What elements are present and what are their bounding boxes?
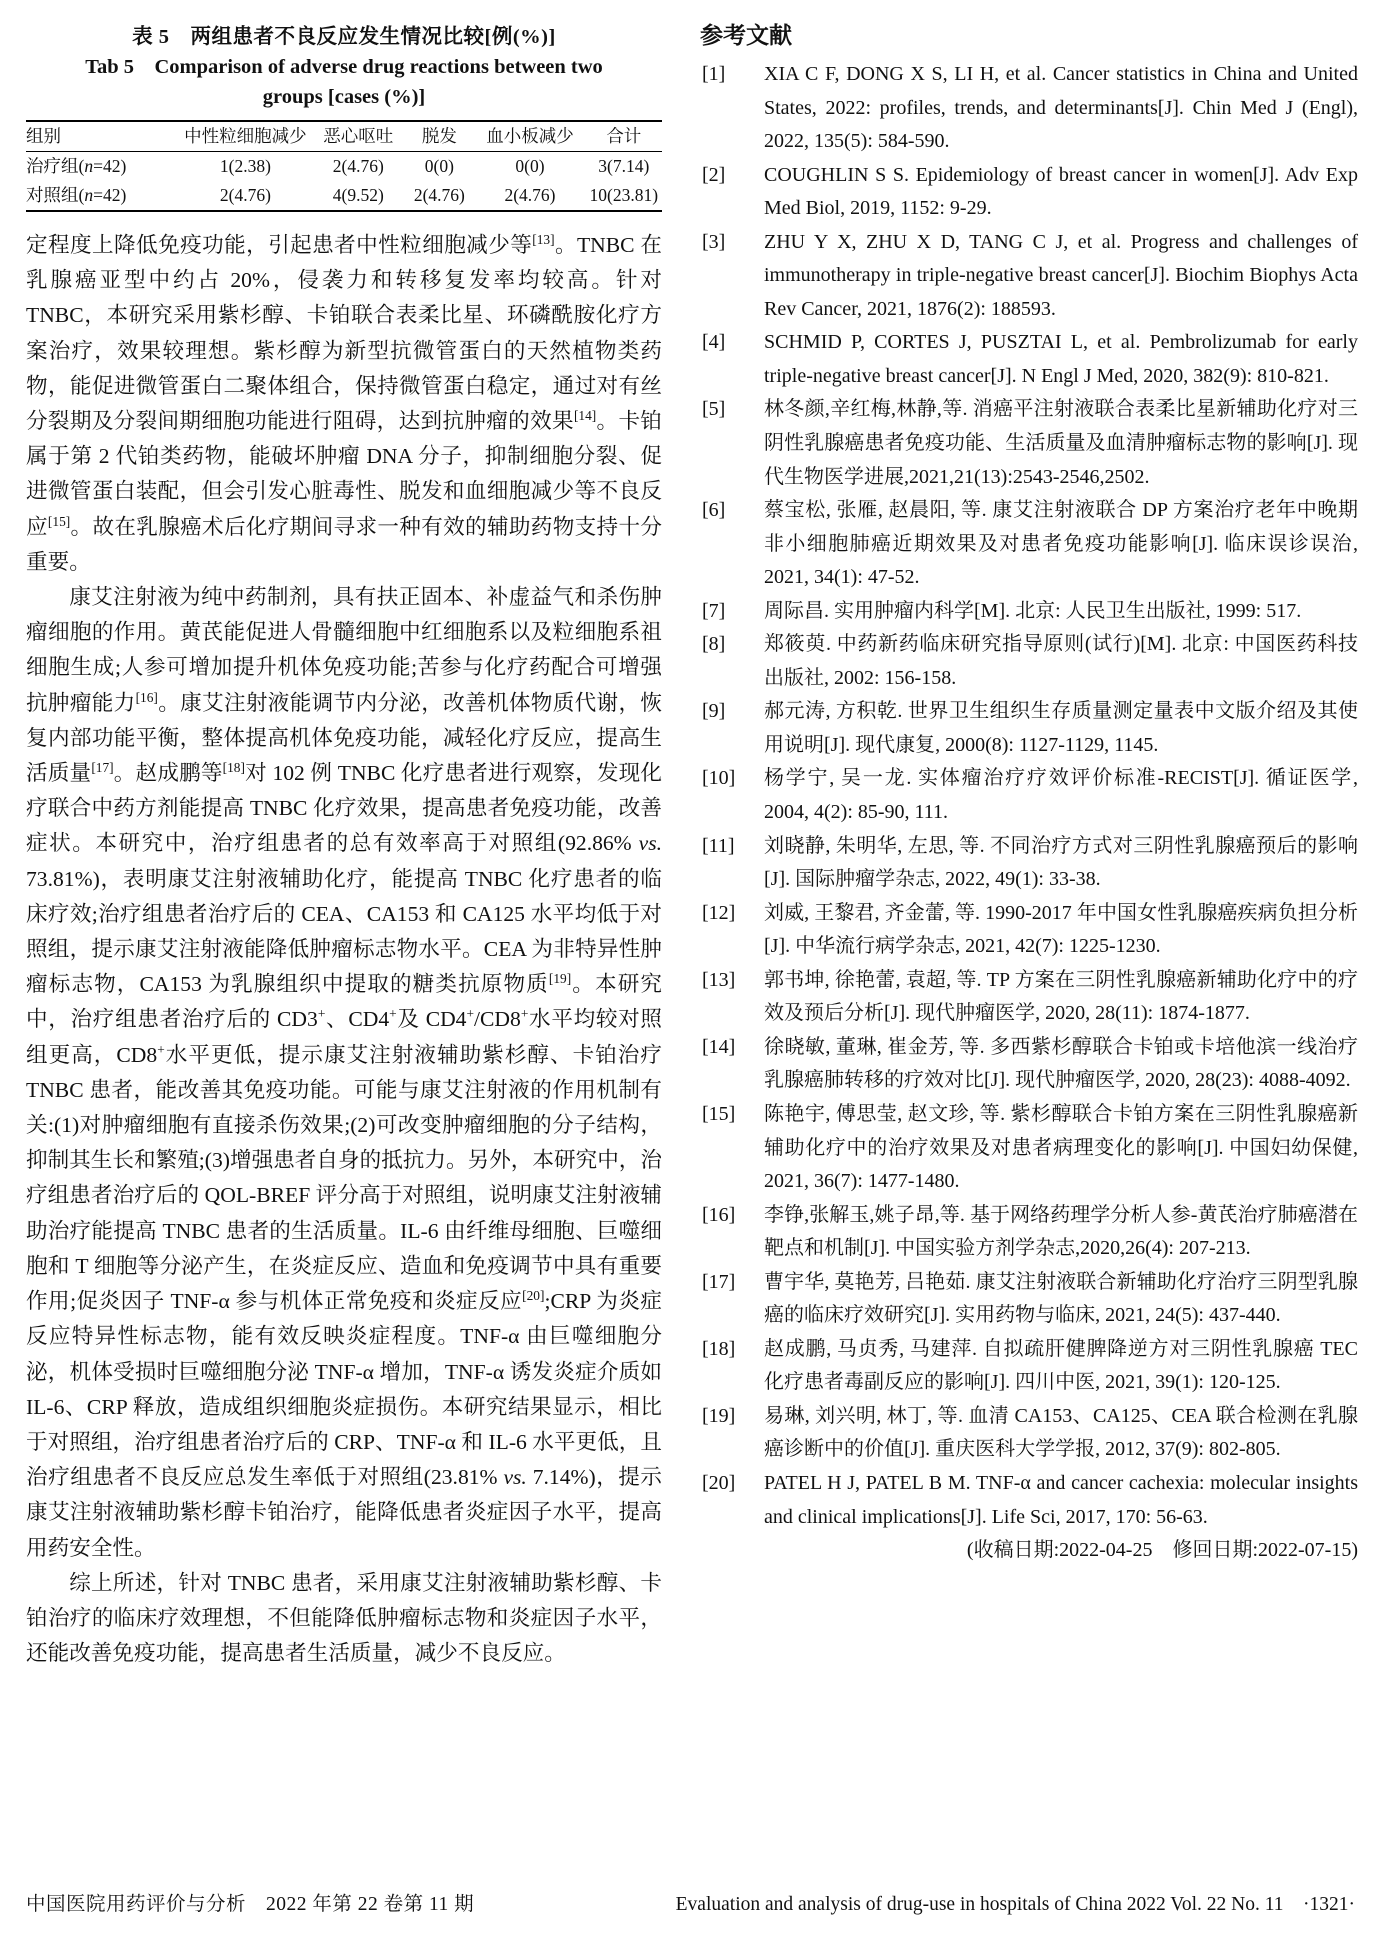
footer-journal-zh: 中国医院用药评价与分析 2022 年第 22 卷第 11 期 bbox=[26, 1888, 474, 1916]
reference-text: 易琳, 刘兴明, 林丁, 等. 血清 CA153、CA125、CEA 联合检测在… bbox=[764, 1405, 1358, 1461]
table-cell-value: 2(4.76) bbox=[474, 181, 585, 211]
table-cell-value: 2(4.76) bbox=[179, 181, 313, 211]
table5-column-header: 血小板减少 bbox=[474, 121, 585, 152]
table-cell-value: 1(2.38) bbox=[179, 152, 313, 182]
reference-number: [17] bbox=[702, 1266, 735, 1300]
table-row: 治疗组(n=42)1(2.38)2(4.76)0(0)0(0)3(7.14) bbox=[26, 152, 662, 182]
reference-number: [19] bbox=[702, 1400, 735, 1434]
reference-item: [1]XIA C F, DONG X S, LI H, et al. Cance… bbox=[700, 58, 1358, 159]
reference-text: 陈艳宇, 傅思莹, 赵文珍, 等. 紫杉醇联合卡铂方案在三阴性乳腺癌新辅助化疗中… bbox=[764, 1103, 1358, 1192]
table5-caption-en-line1: Tab 5 Comparison of adverse drug reactio… bbox=[26, 52, 662, 82]
reference-text: 郭书坤, 徐艳蕾, 袁超, 等. TP 方案在三阴性乳腺癌新辅助化疗中的疗效及预… bbox=[764, 969, 1358, 1025]
reference-number: [8] bbox=[702, 628, 725, 662]
left-column: 表 5 两组患者不良反应发生情况比较[例(%)] Tab 5 Compariso… bbox=[26, 22, 662, 1671]
reference-item: [9]郝元涛, 方积乾. 世界卫生组织生存质量测定量表中文版介绍及其使用说明[J… bbox=[700, 695, 1358, 762]
reference-item: [13]郭书坤, 徐艳蕾, 袁超, 等. TP 方案在三阴性乳腺癌新辅助化疗中的… bbox=[700, 964, 1358, 1031]
reference-number: [9] bbox=[702, 695, 725, 729]
paper-page: 表 5 两组患者不良反应发生情况比较[例(%)] Tab 5 Compariso… bbox=[0, 0, 1375, 1940]
reference-text: 郝元涛, 方积乾. 世界卫生组织生存质量测定量表中文版介绍及其使用说明[J]. … bbox=[764, 700, 1358, 756]
reference-item: [16]李铮,张解玉,姚子昂,等. 基于网络药理学分析人参-黄芪治疗肺癌潜在靶点… bbox=[700, 1199, 1358, 1266]
reference-number: [1] bbox=[702, 58, 725, 92]
reference-text: 赵成鹏, 马贞秀, 马建萍. 自拟疏肝健脾降逆方对三阴性乳腺癌 TEC 化疗患者… bbox=[764, 1338, 1358, 1394]
reference-number: [16] bbox=[702, 1199, 735, 1233]
reference-number: [20] bbox=[702, 1467, 735, 1501]
reference-number: [10] bbox=[702, 762, 735, 796]
reference-number: [15] bbox=[702, 1098, 735, 1132]
conclusion-paragraph: 综上所述，针对 TNBC 患者，采用康艾注射液辅助紫杉醇、卡铂治疗的临床疗效理想… bbox=[26, 1566, 662, 1672]
reference-item: [8]郑筱萸. 中药新药临床研究指导原则(试行)[M]. 北京: 中国医药科技出… bbox=[700, 628, 1358, 695]
reference-item: [14]徐晓敏, 董琳, 崔金芳, 等. 多西紫杉醇联合卡铂或卡培他滨一线治疗乳… bbox=[700, 1031, 1358, 1098]
table-cell-group: 治疗组(n=42) bbox=[26, 152, 179, 182]
table5-column-header: 合计 bbox=[586, 121, 662, 152]
reference-text: 周际昌. 实用肿瘤内科学[M]. 北京: 人民卫生出版社, 1999: 517. bbox=[764, 600, 1301, 622]
table5-column-header: 脱发 bbox=[404, 121, 474, 152]
reference-item: [11]刘晓静, 朱明华, 左思, 等. 不同治疗方式对三阴性乳腺癌预后的影响[… bbox=[700, 830, 1358, 897]
table-cell-value: 0(0) bbox=[404, 152, 474, 182]
reference-number: [2] bbox=[702, 159, 725, 193]
table5-header-row: 组别中性粒细胞减少恶心呕吐脱发血小板减少合计 bbox=[26, 121, 662, 152]
reference-item: [18]赵成鹏, 马贞秀, 马建萍. 自拟疏肝健脾降逆方对三阴性乳腺癌 TEC … bbox=[700, 1333, 1358, 1400]
reference-number: [5] bbox=[702, 393, 725, 427]
table5: 组别中性粒细胞减少恶心呕吐脱发血小板减少合计 治疗组(n=42)1(2.38)2… bbox=[26, 120, 662, 212]
discussion-paragraph-1: 定程度上降低免疫功能，引起患者中性粒细胞减少等[13]。TNBC 在乳腺癌亚型中… bbox=[26, 228, 662, 580]
reference-number: [14] bbox=[702, 1031, 735, 1065]
footer-journal-en-pagenum: Evaluation and analysis of drug-use in h… bbox=[676, 1888, 1355, 1916]
reference-text: 刘晓静, 朱明华, 左思, 等. 不同治疗方式对三阴性乳腺癌预后的影响[J]. … bbox=[764, 835, 1358, 891]
reference-item: [19]易琳, 刘兴明, 林丁, 等. 血清 CA153、CA125、CEA 联… bbox=[700, 1400, 1358, 1467]
reference-number: [18] bbox=[702, 1333, 735, 1367]
reference-text: COUGHLIN S S. Epidemiology of breast can… bbox=[764, 164, 1358, 220]
reference-text: 刘威, 王黎君, 齐金蕾, 等. 1990-2017 年中国女性乳腺癌疾病负担分… bbox=[764, 902, 1358, 958]
reference-number: [7] bbox=[702, 595, 725, 629]
reference-text: ZHU Y X, ZHU X D, TANG C J, et al. Progr… bbox=[764, 231, 1358, 320]
discussion-paragraph-2: 康艾注射液为纯中药制剂，具有扶正固本、补虚益气和杀伤肿瘤细胞的作用。黄芪能促进人… bbox=[26, 580, 662, 1566]
reference-text: PATEL H J, PATEL B M. TNF-α and cancer c… bbox=[764, 1472, 1358, 1528]
reference-text: 杨学宁, 吴一龙. 实体瘤治疗疗效评价标准-RECIST[J]. 循证医学, 2… bbox=[764, 767, 1358, 823]
reference-item: [20]PATEL H J, PATEL B M. TNF-α and canc… bbox=[700, 1467, 1358, 1534]
table-cell-value: 10(23.81) bbox=[586, 181, 662, 211]
reference-item: [4]SCHMID P, CORTES J, PUSZTAI L, et al.… bbox=[700, 326, 1358, 393]
reference-item: [6]蔡宝松, 张雁, 赵晨阳, 等. 康艾注射液联合 DP 方案治疗老年中晚期… bbox=[700, 494, 1358, 595]
reference-item: [5]林冬颜,辛红梅,林静,等. 消癌平注射液联合表柔比星新辅助化疗对三阴性乳腺… bbox=[700, 393, 1358, 494]
table5-column-header: 中性粒细胞减少 bbox=[179, 121, 313, 152]
reference-number: [3] bbox=[702, 226, 725, 260]
table5-caption-zh: 表 5 两组患者不良反应发生情况比较[例(%)] bbox=[26, 22, 662, 52]
reference-item: [7]周际昌. 实用肿瘤内科学[M]. 北京: 人民卫生出版社, 1999: 5… bbox=[700, 595, 1358, 629]
reference-text: 徐晓敏, 董琳, 崔金芳, 等. 多西紫杉醇联合卡铂或卡培他滨一线治疗乳腺癌肺转… bbox=[764, 1036, 1358, 1092]
reference-text: SCHMID P, CORTES J, PUSZTAI L, et al. Pe… bbox=[764, 331, 1358, 387]
reference-item: [17]曹宇华, 莫艳芳, 吕艳茹. 康艾注射液联合新辅助化疗治疗三阴型乳腺癌的… bbox=[700, 1266, 1358, 1333]
reference-number: [13] bbox=[702, 964, 735, 998]
reference-item: [2]COUGHLIN S S. Epidemiology of breast … bbox=[700, 159, 1358, 226]
table5-column-header: 组别 bbox=[26, 121, 179, 152]
reference-item: [10]杨学宁, 吴一龙. 实体瘤治疗疗效评价标准-RECIST[J]. 循证医… bbox=[700, 762, 1358, 829]
reference-text: 曹宇华, 莫艳芳, 吕艳茹. 康艾注射液联合新辅助化疗治疗三阴型乳腺癌的临床疗效… bbox=[764, 1271, 1358, 1327]
reference-text: 林冬颜,辛红梅,林静,等. 消癌平注射液联合表柔比星新辅助化疗对三阴性乳腺癌患者… bbox=[764, 398, 1358, 487]
received-revised-dates: (收稿日期:2022-04-25 修回日期:2022-07-15) bbox=[700, 1534, 1358, 1568]
table-cell-group: 对照组(n=42) bbox=[26, 181, 179, 211]
right-column: 参考文献 [1]XIA C F, DONG X S, LI H, et al. … bbox=[700, 18, 1358, 1568]
page-footer: 中国医院用药评价与分析 2022 年第 22 卷第 11 期 Evaluatio… bbox=[26, 1888, 1355, 1916]
table-row: 对照组(n=42)2(4.76)4(9.52)2(4.76)2(4.76)10(… bbox=[26, 181, 662, 211]
discussion-text: 定程度上降低免疫功能，引起患者中性粒细胞减少等[13]。TNBC 在乳腺癌亚型中… bbox=[26, 228, 662, 1671]
reference-number: [12] bbox=[702, 897, 735, 931]
reference-number: [6] bbox=[702, 494, 725, 528]
reference-text: 郑筱萸. 中药新药临床研究指导原则(试行)[M]. 北京: 中国医药科技出版社,… bbox=[764, 633, 1358, 689]
reference-number: [4] bbox=[702, 326, 725, 360]
reference-list: [1]XIA C F, DONG X S, LI H, et al. Cance… bbox=[700, 58, 1358, 1534]
reference-item: [3]ZHU Y X, ZHU X D, TANG C J, et al. Pr… bbox=[700, 226, 1358, 327]
reference-item: [15]陈艳宇, 傅思莹, 赵文珍, 等. 紫杉醇联合卡铂方案在三阴性乳腺癌新辅… bbox=[700, 1098, 1358, 1199]
table5-caption-en-line2: groups [cases (%)] bbox=[26, 82, 662, 112]
reference-item: [12]刘威, 王黎君, 齐金蕾, 等. 1990-2017 年中国女性乳腺癌疾… bbox=[700, 897, 1358, 964]
reference-text: 蔡宝松, 张雁, 赵晨阳, 等. 康艾注射液联合 DP 方案治疗老年中晚期非小细… bbox=[764, 499, 1358, 588]
table-cell-value: 2(4.76) bbox=[312, 152, 404, 182]
table5-body: 治疗组(n=42)1(2.38)2(4.76)0(0)0(0)3(7.14)对照… bbox=[26, 152, 662, 212]
reference-text: XIA C F, DONG X S, LI H, et al. Cancer s… bbox=[764, 63, 1358, 152]
table-cell-value: 0(0) bbox=[474, 152, 585, 182]
table5-column-header: 恶心呕吐 bbox=[312, 121, 404, 152]
table5-header: 组别中性粒细胞减少恶心呕吐脱发血小板减少合计 bbox=[26, 121, 662, 152]
table-cell-value: 3(7.14) bbox=[586, 152, 662, 182]
references-heading: 参考文献 bbox=[700, 18, 1358, 52]
table-cell-value: 2(4.76) bbox=[404, 181, 474, 211]
reference-number: [11] bbox=[702, 830, 735, 864]
table-cell-value: 4(9.52) bbox=[312, 181, 404, 211]
reference-text: 李铮,张解玉,姚子昂,等. 基于网络药理学分析人参-黄芪治疗肺癌潜在靶点和机制[… bbox=[764, 1204, 1358, 1260]
